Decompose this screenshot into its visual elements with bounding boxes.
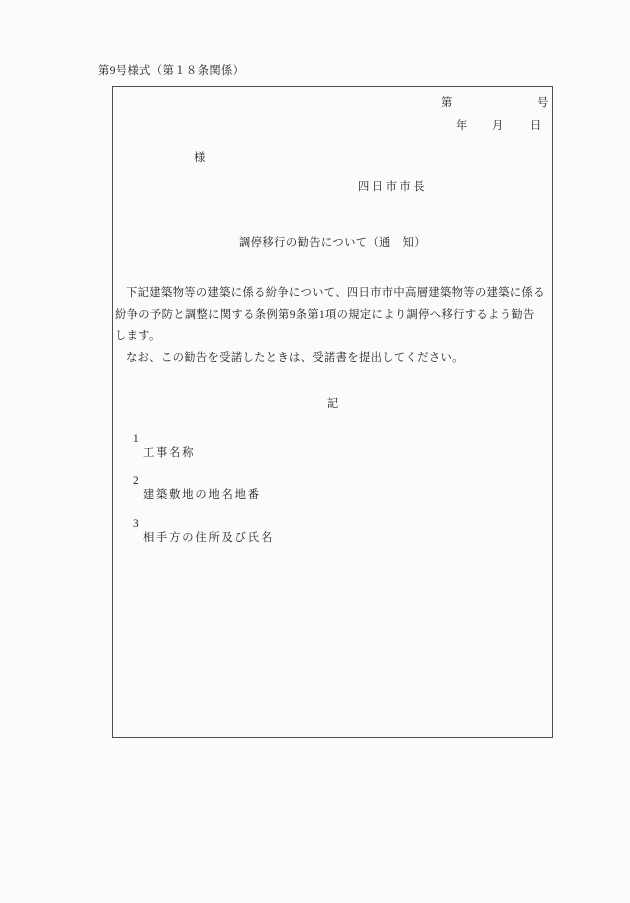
body-line: 紛争の予防と調整に関する条例第9条第1項の規定により調停へ移行するよう勧告 — [115, 305, 543, 327]
form-border-box: 第 号 年 月 日 様 四日市市長 調停移行の勧告について（通 知） 下記建築物… — [112, 86, 553, 738]
list-item-label: 建築敷地の地名地番 — [143, 489, 261, 501]
body-line: なお、この勧告を受諾したときは、受諾書を提出してください。 — [115, 348, 543, 370]
list-item-label: 工事名称 — [143, 447, 195, 459]
date-day-label: 日 — [530, 119, 541, 133]
body-line: 下記建築物等の建築に係る紛争について、四日市市中高層建築物等の建築に係る — [115, 283, 543, 305]
document-number-prefix: 第 — [441, 96, 452, 110]
date-year-label: 年 — [456, 119, 467, 133]
document-page: 第9号様式（第１８条関係） 第 号 年 月 日 様 四日市市長 調停移行の勧告に… — [0, 0, 630, 903]
list-item-number: 3 — [133, 517, 142, 531]
list-item-counterpart-name: 3 相手方の住所及び氏名 — [116, 503, 274, 559]
list-item-label: 相手方の住所及び氏名 — [143, 532, 274, 544]
body-line: します。 — [115, 326, 543, 348]
ki-section-heading: 記 — [113, 395, 552, 411]
body-paragraph: 下記建築物等の建築に係る紛争について、四日市市中高層建築物等の建築に係る 紛争の… — [115, 283, 543, 369]
document-number-suffix: 号 — [537, 96, 548, 110]
list-item-number: 2 — [133, 474, 142, 488]
list-item-number: 1 — [133, 432, 142, 446]
addressee-honorific: 様 — [194, 151, 205, 165]
document-title: 調停移行の勧告について（通 知） — [113, 234, 552, 250]
sender-title: 四日市市長 — [358, 180, 427, 194]
date-month-label: 月 — [492, 119, 503, 133]
form-number-label: 第9号様式（第１８条関係） — [98, 62, 244, 78]
